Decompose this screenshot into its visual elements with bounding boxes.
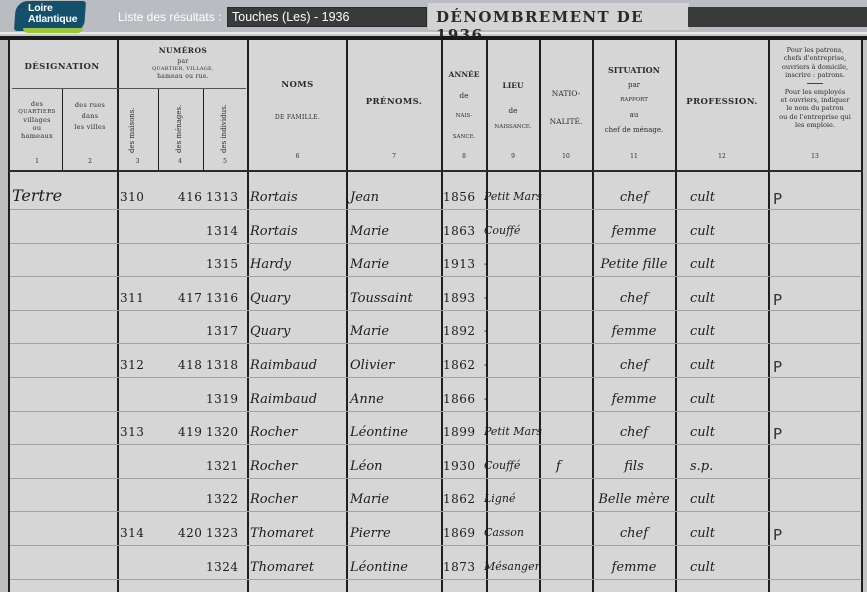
cell-individu: 1314 <box>206 224 239 238</box>
cell-profession: cult <box>690 392 715 407</box>
header-col5: des individus. <box>220 98 228 153</box>
header-subdivider <box>158 88 159 170</box>
cell-menage: 417 <box>178 291 202 305</box>
row-rule <box>10 343 860 344</box>
cell-maison: 313 <box>120 425 144 439</box>
cell-profession: s.p. <box>690 459 713 474</box>
cell-annee: 1899 <box>443 425 476 439</box>
cell-nom: Rortais <box>250 190 298 205</box>
cell-individu: 1315 <box>206 257 239 271</box>
cell-prenom: Léon <box>350 459 383 474</box>
cell-nom: Quary <box>250 291 290 306</box>
cell-nom: Raimbaud <box>250 392 317 407</box>
results-list-selector[interactable]: Touches (Les) - 1936 <box>227 7 427 27</box>
cell-situation: chef <box>594 358 674 373</box>
row-rule <box>10 411 860 412</box>
patrons-divider <box>807 83 823 84</box>
lieu-line: de <box>488 98 538 123</box>
situation-line: au <box>594 108 674 123</box>
cell-menage: 416 <box>178 190 202 204</box>
cell-situation: femme <box>594 560 674 575</box>
cell-prenom: Anne <box>350 392 384 407</box>
cell-nat: f <box>556 459 561 474</box>
nationalite-line: NATIO- <box>541 80 591 108</box>
cell-lieu: Couffé <box>484 459 520 472</box>
column-divider <box>346 40 348 592</box>
header-col2-num: 2 <box>64 158 116 165</box>
header-designation: DÉSIGNATION <box>12 62 112 72</box>
col2-line: dans <box>64 111 116 122</box>
cell-annee: 1930 <box>443 459 476 473</box>
numeros-sub-line: par <box>120 58 246 66</box>
column-divider <box>8 40 10 592</box>
cell-lieu: - <box>484 324 488 337</box>
col1-line: ou <box>12 124 62 132</box>
patrons-line: Pour les employés <box>771 88 859 96</box>
cell-annee: 1862 <box>443 358 476 372</box>
cell-nom: Thomaret <box>250 526 314 541</box>
annee-line: de <box>443 85 485 106</box>
frame-border <box>0 36 867 40</box>
cell-maison: 314 <box>120 526 144 540</box>
cell-nom: Thomaret <box>250 560 314 575</box>
logo-accent <box>23 28 83 33</box>
patrons-line: le nom du patron <box>771 104 859 112</box>
cell-situation: femme <box>594 392 674 407</box>
cell-nom: Rocher <box>250 492 297 507</box>
cell-prenom: Jean <box>350 190 379 205</box>
cell-profession: cult <box>690 257 715 272</box>
header-lieu-num: 9 <box>488 153 538 160</box>
cell-annee: 1863 <box>443 224 476 238</box>
cell-menage: 419 <box>178 425 202 439</box>
cell-annee: 1862 <box>443 492 476 506</box>
cell-maison: 312 <box>120 358 144 372</box>
cell-situation: chef <box>594 291 674 306</box>
cell-individu: 1320 <box>206 425 239 439</box>
header-annee: ANNÉE de NAIS- SANCE. <box>443 64 485 148</box>
row-rule <box>10 511 860 512</box>
cell-profession: cult <box>690 190 715 205</box>
cell-annee: 1869 <box>443 526 476 540</box>
row-rule <box>10 310 860 311</box>
header-profession-num: 12 <box>677 153 767 160</box>
header-situation-num: 11 <box>594 153 674 160</box>
cell-situation: fils <box>594 459 674 474</box>
cell-lieu: - <box>484 392 488 405</box>
cell-annee: 1893 <box>443 291 476 305</box>
col1-line: des <box>12 100 62 108</box>
top-bar: Loire Atlantique Liste des résultats : T… <box>0 0 867 34</box>
cell-menage: 420 <box>178 526 202 540</box>
cell-lieu: - <box>484 257 488 270</box>
header-nationalite-num: 10 <box>541 153 591 160</box>
header-noms-sub: DE FAMILLE. <box>250 114 345 121</box>
cell-nom: Quary <box>250 324 290 339</box>
cell-profession: cult <box>690 492 715 507</box>
logo-text: Loire Atlantique <box>28 3 77 25</box>
situation-line: chef de ménage. <box>594 123 674 138</box>
col1-line: hameaux <box>12 132 62 140</box>
cell-individu: 1316 <box>206 291 239 305</box>
header-col4: des ménages. <box>175 98 183 153</box>
toolbar-area <box>688 7 867 27</box>
cell-individu: 1313 <box>206 190 239 204</box>
header-subdivider <box>62 88 63 170</box>
cell-prenom: Marie <box>350 257 389 272</box>
cell-profession: cult <box>690 324 715 339</box>
row-rule <box>10 276 860 277</box>
cell-patron: P <box>773 425 782 443</box>
cell-individu: 1324 <box>206 560 239 574</box>
column-divider <box>247 40 249 592</box>
cell-lieu: Casson <box>484 526 524 539</box>
cell-annee: 1866 <box>443 392 476 406</box>
header-patrons-note: Pour les patrons, chefs d'entreprise, ou… <box>771 46 859 130</box>
cell-prenom: Toussaint <box>350 291 413 306</box>
page-edge-left <box>0 40 8 592</box>
cell-patron: P <box>773 358 782 376</box>
cell-lieu: Petit Mars <box>484 425 542 438</box>
cell-lieu: - <box>484 291 488 304</box>
header-col4-num: 4 <box>160 158 200 165</box>
annee-line: NAIS- <box>443 106 485 127</box>
cell-situation: chef <box>594 425 674 440</box>
row-rule <box>10 243 860 244</box>
patrons-line: inscrire : patrons. <box>771 71 859 79</box>
column-divider <box>861 40 863 592</box>
cell-profession: cult <box>690 224 715 239</box>
cell-maison: 311 <box>120 291 144 305</box>
cell-patron: P <box>773 190 782 208</box>
row-rule <box>10 478 860 479</box>
document-title: DÉNOMBREMENT DE 1936. <box>428 3 689 30</box>
cell-individu: 1321 <box>206 459 239 473</box>
header-patrons-num: 13 <box>771 153 859 160</box>
annee-line: SANCE. <box>443 127 485 148</box>
header-noms: NOMS <box>250 80 345 90</box>
col1-line: QUARTIERS <box>12 108 62 116</box>
header-numeros: NUMÉROS <box>120 46 246 55</box>
header-bottom-rule <box>8 170 863 172</box>
header-col3: des maisons. <box>128 98 136 153</box>
column-divider <box>768 40 770 592</box>
header-noms-num: 6 <box>250 153 345 160</box>
annee-line: ANNÉE <box>443 64 485 85</box>
results-list-label: Liste des résultats : <box>118 10 221 24</box>
cell-prenom: Marie <box>350 492 389 507</box>
row-rule <box>10 579 860 580</box>
cell-patron: P <box>773 291 782 309</box>
cell-situation: chef <box>594 526 674 541</box>
cell-nom: Rortais <box>250 224 298 239</box>
header-col3-num: 3 <box>120 158 155 165</box>
column-divider <box>675 40 677 592</box>
census-page-scan[interactable]: DÉSIGNATION des QUARTIERS villages ou ha… <box>0 36 867 592</box>
nationalite-line: NALITÉ. <box>541 108 591 136</box>
cell-individu: 1323 <box>206 526 239 540</box>
patrons-line: les emploie. <box>771 121 859 129</box>
lieu-line: NAISSANCE. <box>488 123 538 131</box>
cell-nom: Rocher <box>250 425 297 440</box>
cell-annee: 1873 <box>443 560 476 574</box>
cell-annee: 1892 <box>443 324 476 338</box>
header-profession: PROFESSION. <box>677 97 767 107</box>
col2-line: des rues <box>64 100 116 111</box>
cell-situation: chef <box>594 190 674 205</box>
header-numeros-sub: par QUARTIER, VILLAGE, hameau ou rue. <box>120 58 246 81</box>
cell-nom: Hardy <box>250 257 291 272</box>
cell-prenom: Marie <box>350 224 389 239</box>
situation-line: par <box>594 78 674 93</box>
col1-line: villages <box>12 116 62 124</box>
header-subdivider <box>203 88 204 170</box>
cell-maison: 310 <box>120 190 144 204</box>
header-situation: SITUATION par RAPPORT au chef de ménage. <box>594 63 674 138</box>
patrons-line: Pour les patrons, <box>771 46 859 54</box>
cell-lieu: Couffé <box>484 224 520 237</box>
cell-prenom: Marie <box>350 324 389 339</box>
patrons-line: ou de l'entreprise qui <box>771 113 859 121</box>
cell-menage: 418 <box>178 358 202 372</box>
column-divider <box>117 40 119 592</box>
patrons-line: chefs d'entreprise, <box>771 54 859 62</box>
numeros-sub-line: hameau ou rue. <box>120 73 246 81</box>
cell-lieu: Mésanger <box>484 560 540 573</box>
cell-situation: Petite fille <box>594 257 674 272</box>
quartier-name: Tertre <box>12 186 62 205</box>
cell-individu: 1317 <box>206 324 239 338</box>
cell-patron: P <box>773 526 782 544</box>
logo-line-2: Atlantique <box>28 14 77 25</box>
col2-line: les villes <box>64 122 116 133</box>
cell-prenom: Pierre <box>350 526 391 541</box>
cell-prenom: Léontine <box>350 560 408 575</box>
designation-rule <box>12 88 116 89</box>
cell-profession: cult <box>690 560 715 575</box>
cell-situation: femme <box>594 224 674 239</box>
cell-situation: femme <box>594 324 674 339</box>
cell-prenom: Léontine <box>350 425 408 440</box>
cell-profession: cult <box>690 358 715 373</box>
header-col1-num: 1 <box>12 158 62 165</box>
cell-annee: 1856 <box>443 190 476 204</box>
cell-profession: cult <box>690 291 715 306</box>
numeros-sub-line: QUARTIER, VILLAGE, <box>120 66 246 74</box>
cell-prenom: Olivier <box>350 358 394 373</box>
cell-profession: cult <box>690 526 715 541</box>
patrons-line: ouvriers à domicile, <box>771 63 859 71</box>
lieu-line: LIEU <box>488 73 538 98</box>
row-rule <box>10 444 860 445</box>
cell-lieu: Ligné <box>484 492 515 505</box>
row-rule <box>10 545 860 546</box>
cell-nom: Raimbaud <box>250 358 317 373</box>
cell-individu: 1318 <box>206 358 239 372</box>
cell-individu: 1319 <box>206 392 239 406</box>
header-lieu: LIEU de NAISSANCE. <box>488 73 538 131</box>
header-col1: des QUARTIERS villages ou hameaux <box>12 100 62 140</box>
row-rule <box>10 209 860 210</box>
patrons-line: et ouvriers, indiquer <box>771 96 859 104</box>
header-col2: des rues dans les villes <box>64 100 116 133</box>
header-prenoms: PRÉNOMS. <box>348 97 440 107</box>
row-rule <box>10 377 860 378</box>
cell-annee: 1913 <box>443 257 476 271</box>
header-nationalite: NATIO- NALITÉ. <box>541 80 591 136</box>
cell-situation: Belle mère <box>594 492 674 507</box>
header-annee-num: 8 <box>443 153 485 160</box>
cell-lieu: Petit Mars <box>484 190 542 203</box>
cell-nom: Rocher <box>250 459 297 474</box>
situation-line: RAPPORT <box>594 93 674 108</box>
situation-line: SITUATION <box>594 63 674 78</box>
header-prenoms-num: 7 <box>348 153 440 160</box>
loire-atlantique-logo[interactable]: Loire Atlantique <box>15 1 85 33</box>
cell-lieu: - <box>484 358 488 371</box>
numeros-rule <box>120 88 246 89</box>
header-col5-num: 5 <box>205 158 245 165</box>
cell-individu: 1322 <box>206 492 239 506</box>
cell-profession: cult <box>690 425 715 440</box>
